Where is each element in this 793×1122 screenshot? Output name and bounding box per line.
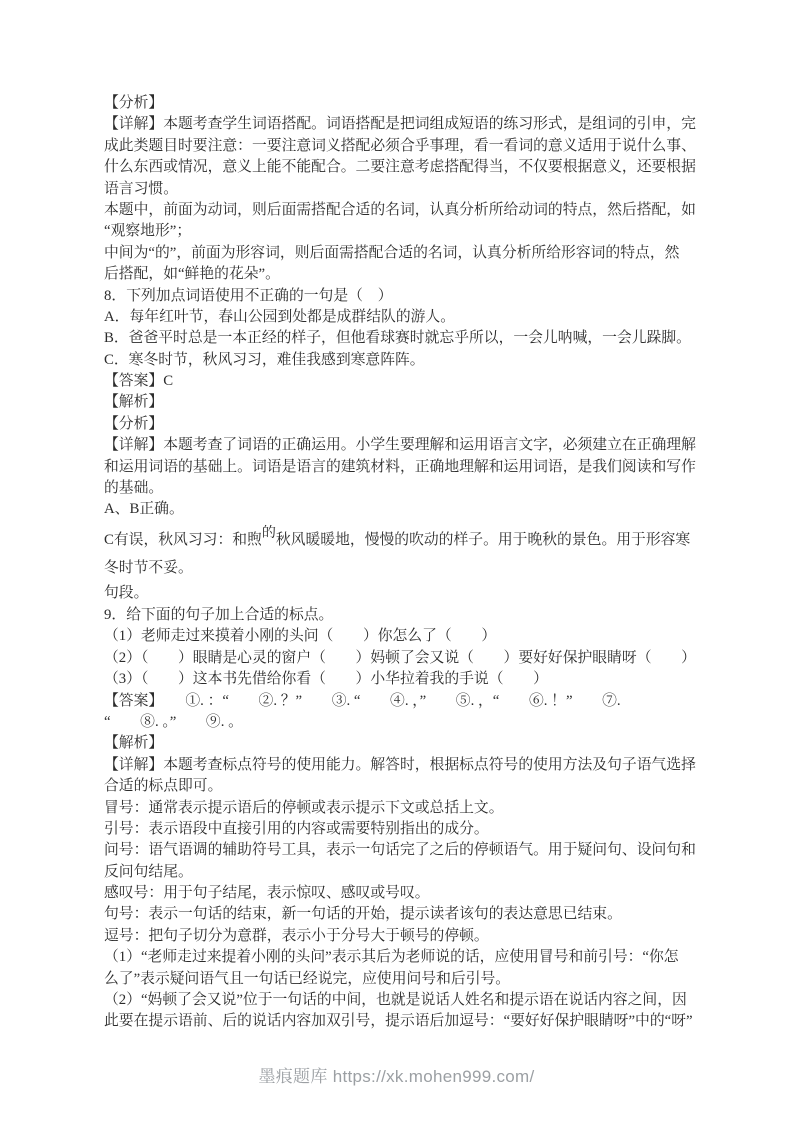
text-line: C有误，秋风习习：和煦的秋风暖暖地，慢慢的吹动的样子。用于晚秋的景色。用于形容寒	[104, 530, 704, 551]
text-line: 后搭配，如“鲜艳的花朵”。	[104, 264, 704, 285]
text-line: 【解析】	[104, 392, 704, 413]
superscript-char: 的	[262, 523, 276, 544]
text-line: 感叹号：用于句子结尾，表示惊叹、感叹或号叹。	[104, 883, 704, 904]
text-line: 引号：表示语段中直接引用的内容或需要特别指出的成分。	[104, 819, 704, 840]
text-line: （2）“妈顿了会又说”位于一句话的中间，也就是说话人姓名和提示语在说话内容之间，…	[104, 990, 704, 1011]
text-line: 成此类题目时要注意：一要注意词义搭配必须合乎事理，看一看词的意义适用于说什么事、	[104, 136, 704, 157]
text-line: A、B正确。	[104, 499, 704, 520]
text-line: （1）老师走过来摸着小刚的头问（ ）你怎么了（ ）	[104, 626, 704, 647]
text-line: 中间为“的”，前面为形容词，则后面需搭配合适的名词，认真分析所给形容词的特点，然	[104, 243, 704, 264]
text-line: 【答案】 ①. ：“ ②. ？” ③. “ ④. ，” ⑤. ，“ ⑥. ！” …	[104, 691, 704, 712]
text-line: 么了”表示疑问语气且一句话已经说完，应使用问号和后引号。	[104, 969, 704, 990]
text-line: 9．给下面的句子加上合适的标点。	[104, 605, 704, 626]
text-segment: C有误，秋风习习：和煦	[104, 532, 262, 548]
text-line: （3）（ ）这本书先借给你看（ ）小华拉着我的手说（ ）	[104, 669, 704, 690]
footer-site-url: https://xk.mohen999.com/	[333, 1067, 535, 1086]
text-line: 本题中，前面为动词，则后面需搭配合适的名词，认真分析所给动词的特点，然后搭配，如	[104, 200, 704, 221]
text-line: 句号：表示一句话的结束，新一句话的开始，提示读者该句的表达意思已结束。	[104, 904, 704, 925]
document-body: 【分析】【详解】本题考查学生词语搭配。词语搭配是把词组成短语的练习形式，是组词的…	[104, 93, 704, 1033]
text-line: 【解析】	[104, 733, 704, 754]
text-line: A．每年红叶节，春山公园到处都是成群结队的游人。	[104, 307, 704, 328]
text-line: 冬时节不妥。	[104, 558, 704, 579]
text-line: 【答案】C	[104, 371, 704, 392]
text-line: 反问句结尾。	[104, 862, 704, 883]
text-segment: 秋风暖暖地，慢慢的吹动的样子。用于晚秋的景色。用于形容寒	[276, 532, 690, 548]
text-line: 和运用词语的基础上。词语是语言的建筑材料，正确地理解和运用词语，是我们阅读和写作	[104, 457, 704, 478]
text-line: “观察地形”；	[104, 221, 704, 242]
text-line: 问号：语气语调的辅助符号工具，表示一句话完了之后的停顿语气。用于疑问句、设问句和	[104, 840, 704, 861]
text-line: 冒号：通常表示提示语后的停顿或表示提示下文或总括上文。	[104, 798, 704, 819]
text-line: 8．下列加点词语使用不正确的一句是（ ）	[104, 286, 704, 307]
text-line: 【详解】本题考查标点符号的使用能力。解答时，根据标点符号的使用方法及句子语气选择	[104, 755, 704, 776]
text-line: 合适的标点即可。	[104, 776, 704, 797]
text-line: （2）（ ）眼睛是心灵的窗户（ ）妈顿了会又说（ ）要好好保护眼睛呀（ ）	[104, 648, 704, 669]
text-line: 【详解】本题考查了词语的正确运用。小学生要理解和运用语言文字，必须建立在正确理解	[104, 435, 704, 456]
text-line: 【详解】本题考查学生词语搭配。词语搭配是把词组成短语的练习形式，是组词的引申，完	[104, 114, 704, 135]
text-line: 句段。	[104, 583, 704, 604]
text-line: 的基础。	[104, 478, 704, 499]
footer-watermark: 墨痕题库 https://xk.mohen999.com/	[0, 1062, 793, 1087]
text-line: C．寒冬时节，秋风习习，难佳我感到寒意阵阵。	[104, 350, 704, 371]
text-line: 语言习惯。	[104, 179, 704, 200]
text-line: 什么东西或情况，意义上能不能配合。二要注意考虑搭配得当，不仅要根据意义，还要根据	[104, 157, 704, 178]
text-line: （1）“老师走过来提着小刚的头问”表示其后为老师说的话，应使用冒号和前引号：“你…	[104, 947, 704, 968]
footer-site-name: 墨痕题库	[258, 1067, 327, 1086]
text-line: 此要在提示语前、后的说话内容加双引号，提示语后加逗号：“要好好保护眼睛呀”中的“…	[104, 1011, 704, 1032]
text-line: B．爸爸平时总是一本正经的样子，但他看球赛时就忘乎所以，一会儿呐喊，一会儿跺脚。	[104, 328, 704, 349]
text-line: 【分析】	[104, 93, 704, 114]
text-line: 【分析】	[104, 414, 704, 435]
text-line: “ ⑧. 。” ⑨. 。	[104, 712, 704, 733]
text-line: 逗号：把句子切分为意群，表示小于分号大于顿号的停顿。	[104, 926, 704, 947]
